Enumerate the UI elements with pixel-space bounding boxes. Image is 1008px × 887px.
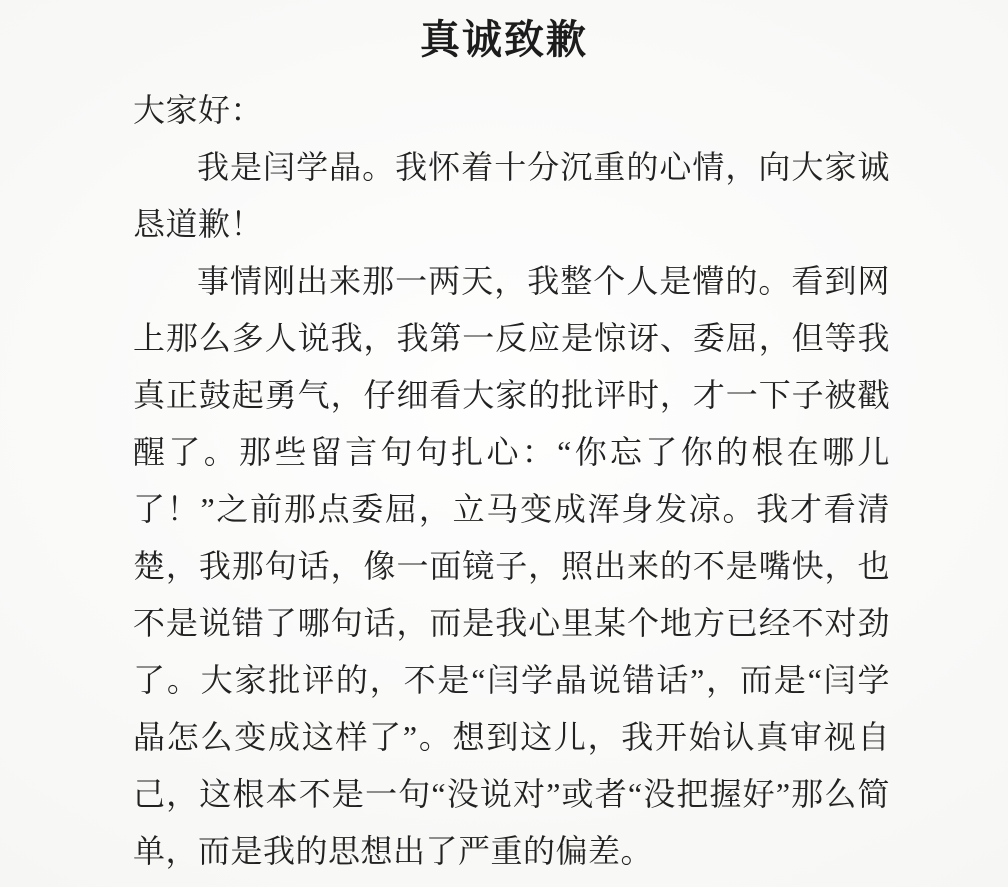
paragraph-intro: 我是闫学晶。我怀着十分沉重的心情，向大家诚恳道歉！ xyxy=(133,139,890,253)
salutation-line: 大家好： xyxy=(133,82,890,139)
apology-letter-page: 真诚致歉 大家好： 我是闫学晶。我怀着十分沉重的心情，向大家诚恳道歉！ 事情刚出… xyxy=(0,0,1008,887)
document-title: 真诚致歉 xyxy=(0,0,1008,66)
paragraph-reflection: 事情刚出来那一两天，我整个人是懵的。看到网上那么多人说我，我第一反应是惊讶、委屈… xyxy=(133,253,890,880)
document-body: 大家好： 我是闫学晶。我怀着十分沉重的心情，向大家诚恳道歉！ 事情刚出来那一两天… xyxy=(133,82,890,880)
